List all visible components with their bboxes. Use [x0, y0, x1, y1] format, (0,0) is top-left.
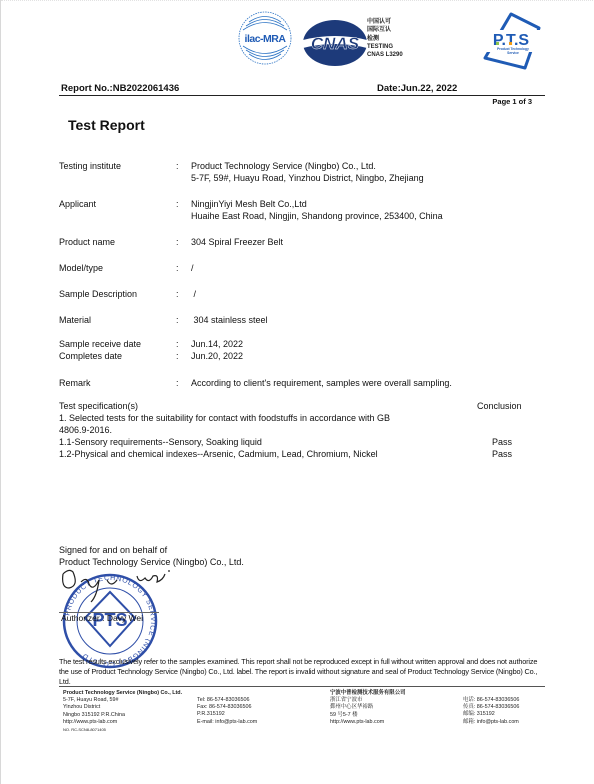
field-label: Testing institute — [59, 160, 179, 172]
footer-line: Fax: 86-574-83036506 — [197, 704, 257, 711]
header-divider — [59, 95, 545, 96]
page-top-edge — [1, 0, 594, 3]
field-label: Applicant — [59, 198, 179, 210]
field-value-line: Product Technology Service (Ningbo) Co.,… — [191, 160, 424, 172]
cnas-line: 检测 — [367, 35, 403, 43]
field-value: Jun.14, 2022 — [191, 338, 243, 350]
footer-line: NO. RC-SCN8-8071405 — [63, 726, 182, 733]
test-spec-intro: 1. Selected tests for the suitability fo… — [59, 413, 390, 425]
report-number: Report No.:NB2022061436 — [61, 83, 179, 94]
svg-text:Service: Service — [507, 51, 519, 55]
cnas-line: CNAS L3290 — [367, 51, 403, 59]
footer-company-cn: 宁波中普检测技术服务有限公司 — [330, 690, 405, 696]
field-colon: : — [176, 338, 179, 350]
cnas-accreditation-text: 中国认可 国际互认 检测 TESTING CNAS L3290 — [367, 18, 403, 59]
footer-cn-contact: 电话: 86-574-83036506 传真: 86-574-83036506 … — [463, 697, 519, 726]
test-item: 1.1-Sensory requirements--Sensory, Soaki… — [59, 437, 262, 449]
page-title: Test Report — [68, 117, 145, 133]
field-label: Model/type — [59, 262, 179, 274]
field-colon: : — [176, 314, 179, 326]
report-date: Date:Jun.22, 2022 — [377, 83, 457, 94]
footer-line: P.R.315192 — [197, 711, 257, 718]
field-label: Product name — [59, 236, 179, 248]
footer-divider — [59, 686, 545, 687]
field-value-line: 304 stainless steel — [191, 314, 268, 326]
svg-text:ilac-MRA: ilac-MRA — [245, 33, 287, 45]
field-label: Remark — [59, 377, 179, 389]
footer-line: 5-7F, Huayu Road, 59# — [63, 697, 182, 704]
field-value-line: 5-7F, 59#, Huayu Road, Yinzhou District,… — [191, 172, 424, 184]
ilac-mra-logo-icon: ilac-MRA — [235, 10, 295, 66]
footer-line: 鄞州中心区华裕路 — [330, 704, 405, 711]
footer-line: Ningbo 315192 P.R.China — [63, 712, 182, 719]
field-value: Jun.20, 2022 — [191, 350, 243, 362]
field-value-line: Huaihe East Road, Ningjin, Shandong prov… — [191, 210, 443, 222]
field-value-line: 304 Spiral Freezer Belt — [191, 236, 283, 248]
footer-en-contact: Tel: 86-574-83036506 Fax: 86-574-8303650… — [197, 697, 257, 726]
field-value-line: / — [191, 262, 194, 274]
field-label: Sample receive date — [59, 338, 179, 350]
cnas-line: 国际互认 — [367, 26, 403, 34]
field-value-line: / — [191, 288, 196, 300]
footer-line: 59 号5-7 楼 — [330, 712, 405, 719]
svg-text:CNAS: CNAS — [311, 34, 360, 53]
field-value-line: According to client's requirement, sampl… — [191, 377, 452, 389]
page-number: Page 1 of 3 — [492, 97, 532, 106]
signed-on-behalf: Signed for and on behalf of Product Tech… — [59, 544, 244, 568]
field-value: 304 Spiral Freezer Belt — [191, 236, 283, 248]
signed-line: Signed for and on behalf of — [59, 544, 244, 556]
disclaimer-text: The test results exclusively refer to th… — [59, 657, 547, 686]
field-value-line: Jun.20, 2022 — [191, 350, 243, 362]
field-value: According to client's requirement, sampl… — [191, 377, 452, 389]
field-value: 304 stainless steel — [191, 314, 268, 326]
field-value-line: NingjinYiyi Mesh Belt Co.,Ltd — [191, 198, 443, 210]
footer-email-en[interactable]: E-mail: info@pts-lab.com — [197, 719, 257, 726]
field-colon: : — [176, 288, 179, 300]
cnas-line: TESTING — [367, 43, 403, 51]
field-value-line: Jun.14, 2022 — [191, 338, 243, 350]
field-colon: : — [176, 262, 179, 274]
field-colon: : — [176, 377, 179, 389]
authorizer-name: Authorizer : Davy Wei — [61, 613, 143, 623]
field-colon: : — [176, 350, 179, 362]
test-result: Pass — [492, 449, 512, 459]
footer-en-address: Product Technology Service (Ningbo) Co.,… — [63, 690, 182, 733]
field-value: NingjinYiyi Mesh Belt Co.,LtdHuaihe East… — [191, 198, 443, 222]
test-item: 1.2-Physical and chemical indexes--Arsen… — [59, 449, 378, 461]
footer-website-en[interactable]: http://www.pts-lab.com — [63, 719, 182, 726]
field-colon: : — [176, 236, 179, 248]
handwritten-signature-icon — [59, 566, 174, 606]
footer-email-cn[interactable]: 邮箱: info@pts-lab.com — [463, 719, 519, 726]
pts-logo-icon: P.T.S Product Technology Service — [479, 12, 543, 70]
test-spec-heading: Test specification(s) — [59, 401, 138, 413]
cnas-line: 中国认可 — [367, 18, 403, 26]
field-value: Product Technology Service (Ningbo) Co.,… — [191, 160, 424, 184]
field-colon: : — [176, 160, 179, 172]
footer-line: 邮编: 315192 — [463, 711, 519, 718]
field-value: / — [191, 262, 194, 274]
test-result: Pass — [492, 437, 512, 447]
footer-website-cn[interactable]: http://www.pts-lab.com — [330, 719, 405, 726]
footer-cn-address: 宁波中普检测技术服务有限公司 浙江省宁波市 鄞州中心区华裕路 59 号5-7 楼… — [330, 690, 405, 726]
field-colon: : — [176, 198, 179, 210]
footer-line: Yinzhou District — [63, 704, 182, 711]
field-value: / — [191, 288, 196, 300]
field-label: Material — [59, 314, 179, 326]
cnas-logo-icon: CNAS — [301, 18, 369, 68]
conclusion-heading: Conclusion — [477, 401, 522, 411]
field-label: Completes date — [59, 350, 179, 362]
field-label: Sample Description — [59, 288, 179, 300]
footer-company-en: Product Technology Service (Ningbo) Co.,… — [63, 690, 182, 696]
footer-line: Tel: 86-574-83036506 — [197, 697, 257, 704]
test-spec-intro: 4806.9-2016. — [59, 425, 112, 437]
